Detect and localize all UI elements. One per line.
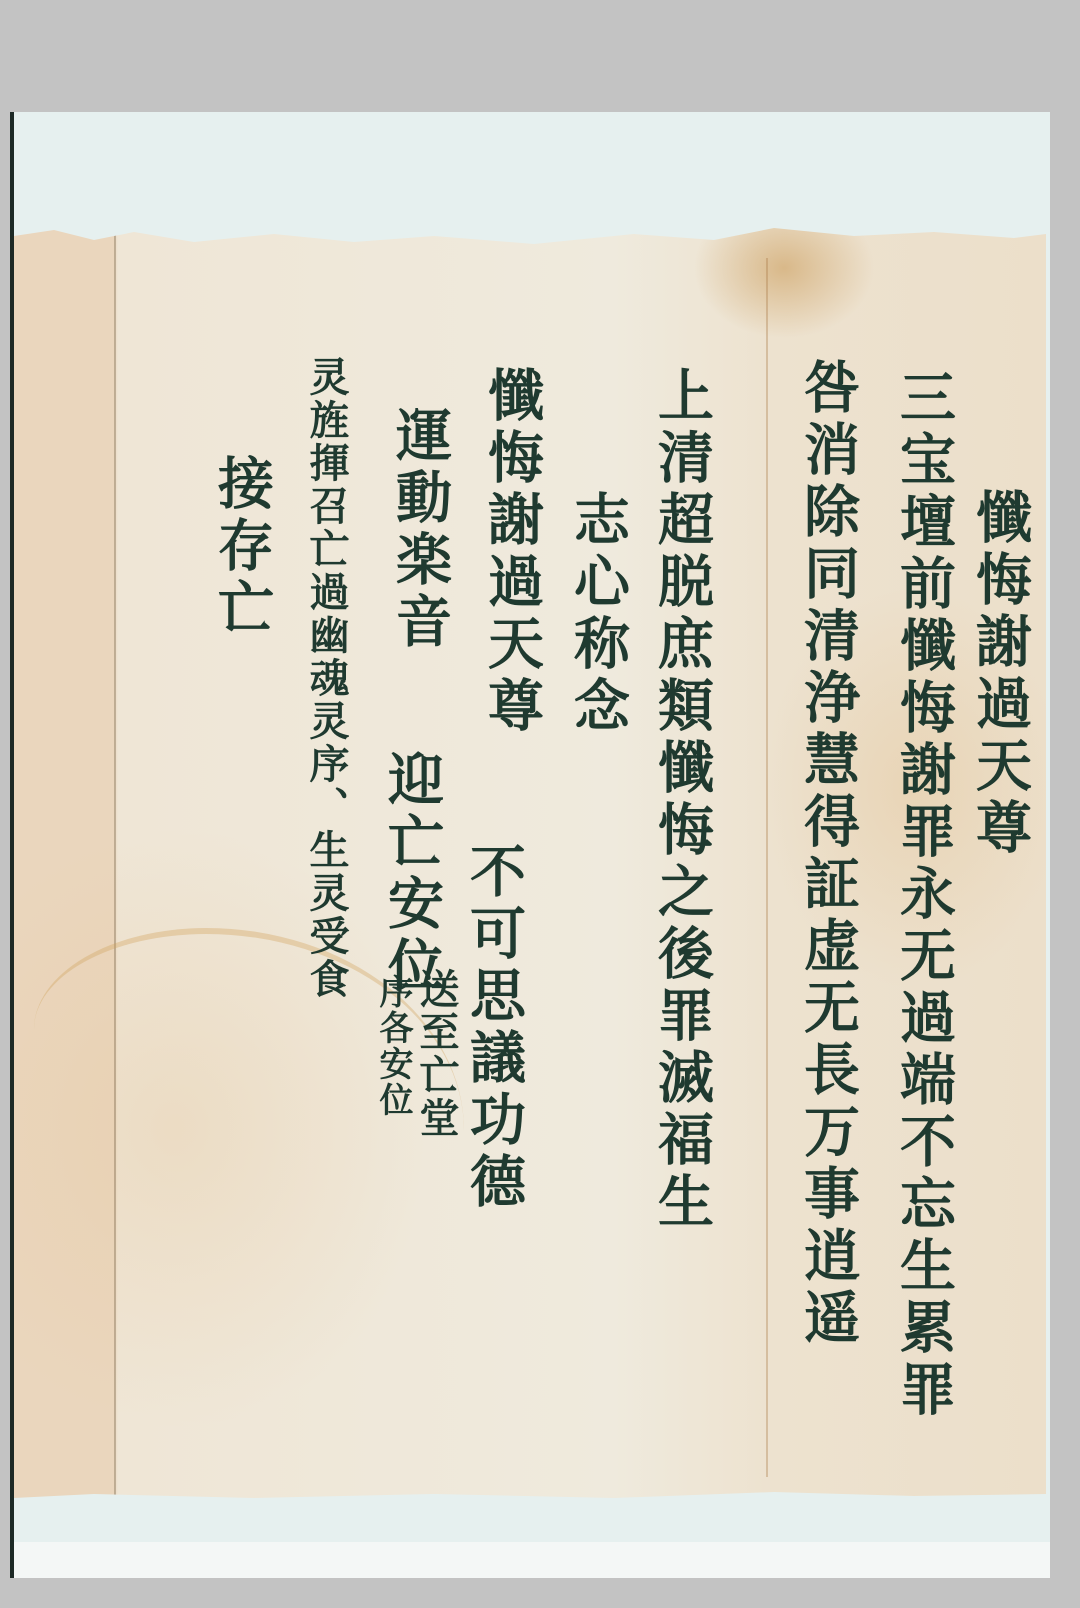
text-column-6b: 不可思議功德 xyxy=(466,842,522,1214)
text-column-9: 接存亡 xyxy=(214,454,270,640)
text-column-5: 志心称念 xyxy=(570,490,626,738)
text-column-6a: 懺悔謝過天尊 xyxy=(484,366,540,738)
text-column-8: 灵旌揮召亡過幽魂灵序、生灵受食 xyxy=(306,356,346,1001)
text-column-1: 懺悔謝過天尊 xyxy=(972,488,1028,860)
text-column-3: 咎消除同清浄慧得証虚无長万事逍遥 xyxy=(800,358,856,1350)
manuscript-page: 懺悔謝過天尊 三宝壇前懺悔謝罪永无過端不忘生累罪 咎消除同清浄慧得証虚无長万事逍… xyxy=(14,228,1046,1498)
text-column-7b: 迎亡安位 xyxy=(384,750,440,998)
text-column-7-note-right: 送至亡堂 xyxy=(416,968,456,1140)
text-column-7a: 運動楽音 xyxy=(392,406,448,654)
fold-line xyxy=(766,258,768,1477)
text-column-7-note-left: 序各安位 xyxy=(376,974,410,1118)
fold-line xyxy=(114,228,116,1498)
text-column-2: 三宝壇前懺悔謝罪永无過端不忘生累罪 xyxy=(896,368,952,1422)
scan-bottom-margin xyxy=(14,1542,1050,1578)
text-column-4: 上清超脱庶類懺悔之後罪滅福生 xyxy=(654,366,710,1234)
